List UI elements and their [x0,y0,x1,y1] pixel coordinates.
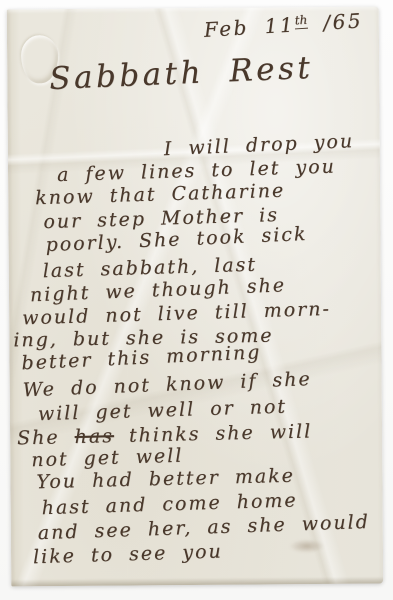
letter-paper: Feb 11th /65 Sabbath Rest I will drop yo… [7,7,384,587]
letter-line-18: like to see you [33,540,223,568]
line13-prefix: She [17,426,75,449]
date-ordinal-superscript: th [294,13,308,30]
line13-suffix: thinks she will [114,420,313,447]
letter-line-12: will get well or not [38,396,288,426]
letter-heading: Sabbath Rest [49,50,315,97]
ink-smudge [289,539,325,553]
crossed-out-word: has [74,425,114,448]
letter-date: Feb 11th /65 [203,8,363,42]
date-year: /65 [307,8,364,35]
letter-photograph: Feb 11th /65 Sabbath Rest I will drop yo… [0,0,393,600]
date-day: Feb 11 [203,12,296,41]
